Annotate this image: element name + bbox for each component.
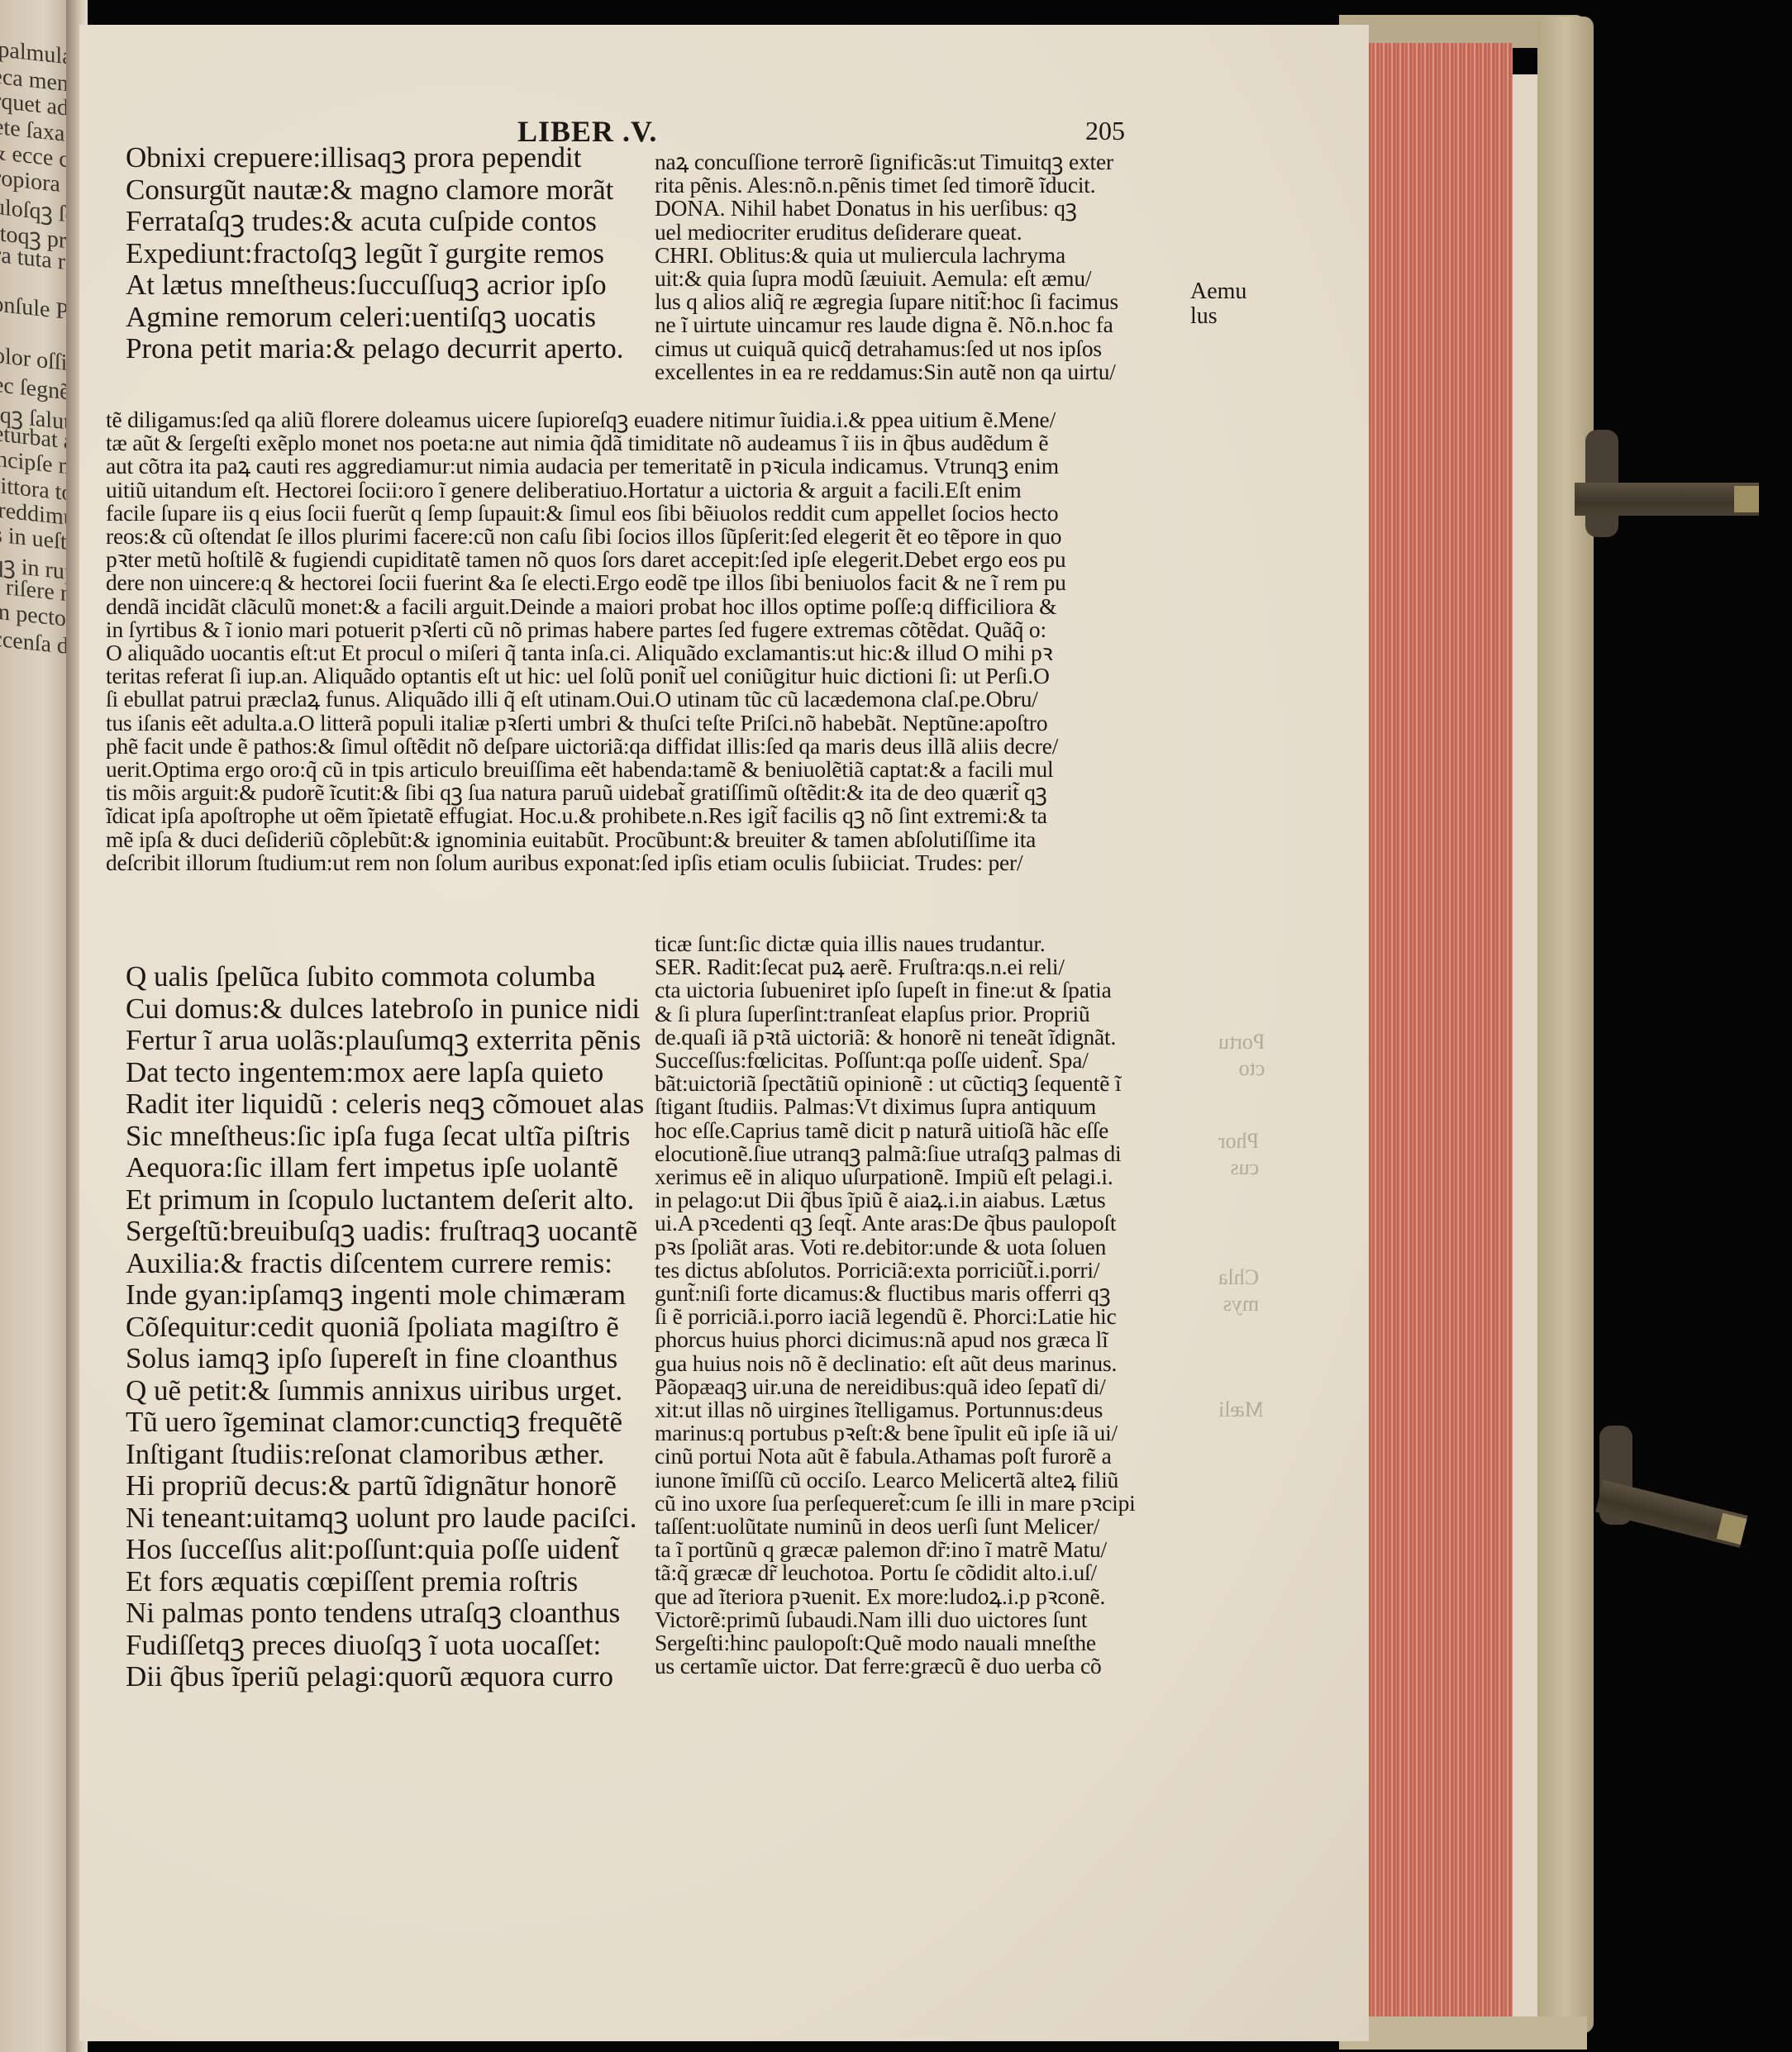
commentary-line: xit:ut illas nõ uirgines ĩtelligamus. Po… (655, 1398, 1136, 1421)
show-through-text: cus (1218, 1155, 1259, 1181)
clasp-strap-upper (1575, 483, 1759, 516)
commentary-line: dere non uincere:q & hectorei ſocii fuer… (106, 571, 1066, 594)
show-through-text: cto (1218, 1055, 1265, 1082)
show-through-marginal: Portu cto (1218, 1029, 1265, 1082)
commentary-line: ſi ẽ porriciã.i.porro iaciã legendũ ẽ. P… (655, 1305, 1136, 1328)
verse-line: Ni teneant:uitamqꝫ uolunt pro laude paci… (126, 1502, 644, 1535)
commentary-line: facile ſupare iis q eius ſocii fuerũt q … (106, 502, 1066, 525)
commentary-line: CHRI. Oblitus:& quia ut muliercula lachr… (655, 244, 1118, 267)
commentary-line: teritas referat ſi iup.an. Aliquãdo opta… (106, 664, 1066, 688)
verse-line: Expediunt:fractoſqꝫ legũt ĩ gurgite remo… (126, 238, 624, 270)
commentary-line: que ad ĩteriora pꝛuenit. Ex more:ludoꝝ.i… (655, 1585, 1136, 1608)
commentary-line: tis mõis arguit:& pudorẽ ĩcutit:& ſibi q… (106, 781, 1066, 804)
commentary-line: uel mediocriter eruditus deſiderare quea… (655, 221, 1118, 244)
commentary-line: uitiũ uitandum eſt. Hectorei ſocii:oro ĩ… (106, 478, 1066, 502)
commentary-line: cũ ino uxore ſua perſequeret̃:cum ſe ill… (655, 1492, 1136, 1515)
marginal-note-line: Aemu (1190, 279, 1246, 304)
commentary-line: & ſi plura ſuperſint:tranſeat elapſus pr… (655, 1002, 1136, 1026)
show-through-text: mys (1218, 1291, 1259, 1317)
vellum-cover-edge (1537, 17, 1594, 2033)
verse-line: Et primum in ſcopulo luctantem deſerit a… (126, 1184, 644, 1216)
show-through-marginal: Chla mys (1218, 1264, 1259, 1317)
verse-line: Dat tecto ingentem:mox aere lapſa quieto (126, 1057, 644, 1089)
commentary-line: bãt:uictoriã ſpectãtiũ opinionẽ : ut cũc… (655, 1072, 1136, 1095)
verse-line: Tũ uero ĩgeminat clamor:cunctiqꝫ frequẽt… (126, 1407, 644, 1439)
commentary-line: taſſent:uolũtate numinũ in deos uerſi ſu… (655, 1515, 1136, 1538)
commentary-line: Pãopæaqꝫ uir.una de nereidibus:quã ideo … (655, 1375, 1136, 1398)
commentary-line: dendã incidãt clãculũ monet:& a facili a… (106, 595, 1066, 618)
commentary-line: elocutionẽ.ſiue utranqꝫ palmã:ſiue utraſ… (655, 1142, 1136, 1165)
show-through-text: Mæli (1218, 1397, 1264, 1423)
commentary-line: uit:& quia ſupra modũ ſæuiuit. Aemula: e… (655, 267, 1118, 290)
commentary-line: deſcribit illorum ſtudium:ut rem non ſol… (106, 851, 1066, 874)
commentary-line: tẽ diligamus:ſed qa aliũ florere doleamu… (106, 408, 1066, 431)
show-through-marginal: Phor cus (1218, 1128, 1259, 1181)
commentary-line: mẽ ipſa & duci deſideriũ cõplebũt:& igno… (106, 828, 1066, 851)
commentary-line: O aliquãdo uocantis eſt:ut Et procul o m… (106, 641, 1066, 664)
verse-line: Inde gyan:ipſamqꝫ ingenti mole chimæram (126, 1279, 644, 1312)
verse-line: Fertur ĩ arua uolãs:plauſumqꝫ exterrita … (126, 1025, 644, 1057)
verse-line: Solus iamqꝫ ipſo ſupereſt in fine cloant… (126, 1343, 644, 1375)
commentary-line: rita pẽnis. Ales:nõ.n.pẽnis timet ſed ti… (655, 174, 1118, 197)
verse-line: Agmine remorum celeri:uentiſqꝫ uocatis (126, 302, 624, 334)
commentary-line: ta ĩ portũnũ q græcæ palemon dr̃:ino ĩ m… (655, 1538, 1136, 1561)
commentary-line: ne ĩ uirtute uincamur res laude digna ẽ.… (655, 313, 1118, 336)
commentary-line: ui.A pꝛcedenti qꝫ ſeqt̃. Ante aras:De q̃… (655, 1212, 1136, 1235)
verse-line: Radit iter liquidũ : celeris neqꝫ cõmoue… (126, 1088, 644, 1121)
verse-line: Q ualis ſpelũca ſubito commota columba (126, 961, 644, 993)
commentary-line: phorcus huius phorci dicimus:nã apud nos… (655, 1328, 1136, 1351)
verse-line: Dii q̃bus ĩperiũ pelagi:quorũ æquora cur… (126, 1661, 644, 1693)
commentary-line: Victorẽ:primũ ſubaudi.Nam illi duo uicto… (655, 1608, 1136, 1631)
commentary-line: ſtigant ſtudiis. Palmas:Vt diximus ſupra… (655, 1095, 1136, 1118)
commentary-line: gunt̃:niſi forte dicamus:& fluctibus mar… (655, 1282, 1136, 1305)
commentary-column-1: naꝝ concuſſione terrorẽ ſignificãs:ut Ti… (655, 150, 1118, 383)
commentary-line: SER. Radit:ſecat puꝝ aerẽ. Fruſtra:qs.n.… (655, 955, 1136, 978)
commentary-line: us certamĩe uictor. Dat ferre:græcũ ẽ du… (655, 1654, 1136, 1678)
commentary-line: aut cõtra ita paꝝ cauti res aggrediamur:… (106, 455, 1066, 478)
commentary-line: hoc eſſe.Caprius tamẽ dicit p naturã uit… (655, 1119, 1136, 1142)
facing-page: e palmula cautesceca menetesorquet ad un… (0, 0, 73, 2052)
commentary-line: naꝝ concuſſione terrorẽ ſignificãs:ut Ti… (655, 150, 1118, 174)
verse-line: Hi propriũ decus:& partũ ĩdignãtur honor… (126, 1470, 644, 1502)
verse-line: Fudiſſetqꝫ preces diuoſqꝫ ĩ uota uocaſſe… (126, 1630, 644, 1662)
show-through-text: Chla (1218, 1264, 1259, 1291)
commentary-line: xerimus eẽ in aliquo uſurpationẽ. Impiũ … (655, 1165, 1136, 1188)
verse-line: Et fors æquatis cœpiſſent premia roſtris (126, 1566, 644, 1598)
verse-line: Inſtigant ſtudiis:reſonat clamoribus æth… (126, 1439, 644, 1471)
folio-number: 205 (1085, 116, 1125, 146)
commentary-line: ĩdicat ipſa apoſtrophe ut oẽm ĩpietatẽ e… (106, 804, 1066, 827)
commentary-line: marinus:q portubus pꝛeſt:& bene ĩpulit e… (655, 1421, 1136, 1445)
verse-line: Auxilia:& fractis diſcentem currere remi… (126, 1248, 644, 1280)
clasp-strap-lower (1595, 1480, 1747, 1548)
commentary-line: in ſyrtibus & ĩ ionio mari potuerit pꝛſe… (106, 618, 1066, 641)
verse-line: Sergeſtũ:breuibuſqꝫ uadis: fruſtraqꝫ uoc… (126, 1216, 644, 1248)
commentary-line: de.quaſi iã pꝛtã uictoriã: & honorẽ ni t… (655, 1026, 1136, 1049)
commentary-line: ſi ebullat patrui præclaꝝ funus. Aliquãd… (106, 688, 1066, 711)
verse-line: Aequora:ſic illam fert impetus ipſe uola… (126, 1152, 644, 1184)
commentary-line: ticæ ſunt:ſic dictæ quia illis naues tru… (655, 932, 1136, 955)
verse-line: Ni palmas ponto tendens utraſqꝫ cloanthu… (126, 1597, 644, 1630)
verse-line: Consurgũt nautæ:& magno clamore morãt (126, 174, 624, 207)
clasp-brass-tip-icon (1734, 486, 1759, 512)
verse-line: Prona petit maria:& pelago decurrit aper… (126, 333, 624, 365)
red-stained-fore-edge (1364, 43, 1513, 2035)
verse-block-1: Obnixi crepuere:illisaqꝫ prora pependit … (126, 142, 624, 365)
clasp-brass-tip-icon (1717, 1513, 1747, 1545)
commentary-full-width: tẽ diligamus:ſed qa aliũ florere doleamu… (106, 408, 1066, 874)
verse-line: Cui domus:& dulces latebroſo in punice n… (126, 993, 644, 1026)
verse-line: At lætus mneſtheus:ſuccuſſuqꝫ acrior ipſ… (126, 269, 624, 302)
vellum-cover-bottom (1339, 2016, 1587, 2050)
commentary-line: pꝛter metũ hoſtilẽ & fugiendi cupiditatẽ… (106, 548, 1066, 571)
facing-page-line: conſule Planco, Ne (0, 290, 73, 335)
commentary-line: tus iſanis eẽt adulta.a.O litterã populi… (106, 712, 1066, 735)
commentary-line: reos:& cũ oſtendat ſe illos plurimi face… (106, 525, 1066, 548)
commentary-line: cimus ut cuiquã quicq̃ detrahamus:ſed ut… (655, 337, 1118, 360)
commentary-line: phẽ facit unde ẽ pathos:& ſimul oſtẽdit … (106, 735, 1066, 758)
show-through-text: Phor (1218, 1128, 1259, 1155)
show-through-text: Portu (1218, 1029, 1265, 1055)
commentary-line: Succeſſus:fœlicitas. Poſſunt:qa poſſe ui… (655, 1049, 1136, 1072)
commentary-line: excellentes in ea re reddamus:Sin autẽ n… (655, 360, 1118, 383)
commentary-line: Sergeſti:hinc paulopoſt:Quẽ modo nauali … (655, 1631, 1136, 1654)
commentary-line: gua huius nois nõ ẽ declinatio: eſt aũt … (655, 1352, 1136, 1375)
commentary-line: pꝛs ſpoliãt aras. Voti re.debitor:unde &… (655, 1235, 1136, 1259)
verse-line: Q uẽ petit:& ſummis annixus uiribus urge… (126, 1375, 644, 1407)
commentary-line: DONA. Nihil habet Donatus in his uerſibu… (655, 197, 1118, 220)
commentary-line: tes dictus abſolutos. Porriciã:exta porr… (655, 1259, 1136, 1282)
verse-line: Cõſequitur:cedit quoniã ſpoliata magiſtr… (126, 1312, 644, 1344)
verse-block-2: Q ualis ſpelũca ſubito commota columba C… (126, 961, 644, 1693)
marginal-note: Aemu lus (1190, 279, 1246, 329)
show-through-marginal: Mæli (1218, 1397, 1264, 1423)
commentary-line: iunone ĩmiſſũ cũ occiſo. Learco Melicert… (655, 1469, 1136, 1492)
commentary-line: cta uictoria ſubueniret ipſo ſupeſt in f… (655, 978, 1136, 1002)
commentary-line: uerit.Optima ergo oro:q̃ cũ in tpis arti… (106, 758, 1066, 781)
commentary-line: in pelago:ut Dii q̃bus ĩpiũ ẽ aiaꝝ.i.in … (655, 1188, 1136, 1212)
commentary-line: cinũ portui Nota aũt ẽ fabula.Athamas po… (655, 1445, 1136, 1468)
verse-line: Hos ſucceſſus alit:poſſunt:quia poſſe ui… (126, 1534, 644, 1566)
commentary-line: tã:q̃ græcæ dr̃ leuchotoa. Portu ſe cõdi… (655, 1561, 1136, 1584)
commentary-line: lus q alios aliq̃ re ægregia ſupare niti… (655, 290, 1118, 313)
commentary-line: tæ aũt & ſergeſti exẽplo monet nos poeta… (106, 431, 1066, 455)
marginal-note-line: lus (1190, 304, 1246, 329)
verse-line: Obnixi crepuere:illisaqꝫ prora pependit (126, 142, 624, 174)
commentary-column-2: ticæ ſunt:ſic dictæ quia illis naues tru… (655, 932, 1136, 1678)
verse-line: Ferrataſqꝫ trudes:& acuta cuſpide contos (126, 206, 624, 238)
verse-line: Sic mneſtheus:ſic ipſa fuga ſecat ultĩa … (126, 1121, 644, 1153)
